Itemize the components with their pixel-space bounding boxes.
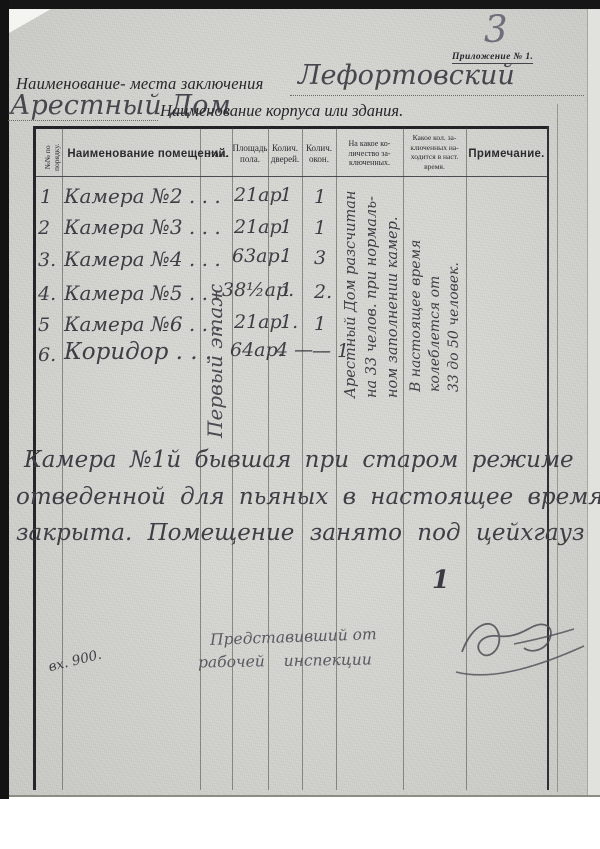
header-num: №№ попорядку. — [43, 144, 61, 171]
page-number: 3 — [484, 8, 508, 51]
heading-printed-suffix: Наименование корпуса или здания. — [160, 101, 403, 121]
room-name: Камера №5 . . . — [64, 281, 221, 305]
windows-value: 2. — [314, 281, 332, 303]
header-windows: Колич.окон. — [302, 143, 336, 165]
paragraph-line: закрыта. Помещение занято под цейхгауз — [16, 520, 585, 546]
table-border-top — [35, 126, 548, 129]
heading-underline-2 — [8, 120, 158, 121]
doors-value: 4 — — [276, 339, 313, 361]
windows-value: 1 — [314, 313, 326, 335]
doors-value: 1. — [280, 311, 298, 333]
row-num: 3. — [38, 249, 56, 271]
row-num: 2 — [38, 217, 50, 239]
submitter-line: рабочей инспекции — [198, 650, 372, 671]
windows-value: 1 — [314, 186, 326, 208]
doors-value: 1 — [280, 184, 292, 206]
room-name: Коридор . . . — [64, 339, 212, 365]
signature-flourish — [452, 604, 592, 690]
table-header-separator — [35, 176, 548, 177]
row-num: 4. — [38, 283, 56, 305]
header-doors: Колич.дверей. — [268, 143, 302, 165]
doors-value: 1 — [280, 216, 292, 238]
scan-border-top — [0, 0, 600, 9]
row-num: 6. — [38, 344, 56, 366]
area-value: 63ар. — [232, 245, 286, 267]
count-mark: 1 — [432, 565, 449, 594]
capacity-note: Арестный Дом разсчитанна 33 челов. при н… — [341, 191, 404, 398]
doors-value: 1 — [280, 279, 292, 301]
scanned-document-page: 3 Приложение № 1. Наименование- места за… — [0, 0, 600, 849]
page-corner-fold — [9, 9, 51, 33]
paragraph-line: Камера №1й бывшая при старом режиме — [24, 447, 574, 473]
current-note: В настоящее времяколеблется от33 до 50 ч… — [407, 240, 464, 392]
floor-note: Первый этаж — [203, 284, 227, 438]
windows-value: 1 — [314, 217, 326, 239]
row-num: 1 — [40, 186, 52, 208]
header-capacity: На какое ко-личество за-ключенных. — [336, 139, 403, 168]
room-name: Камера №4 . . . — [64, 247, 221, 271]
header-remark: Примечание. — [468, 146, 545, 160]
windows-value: 3 — [314, 247, 326, 269]
room-name: Камера №3 . . . — [64, 215, 221, 239]
header-name: Наименование помещений. — [67, 146, 194, 160]
doors-value: 1 — [280, 245, 292, 267]
heading-handwritten-place-1: Лефортовский — [298, 60, 515, 91]
header-floor: Этаж. — [200, 149, 232, 160]
room-name: Камера №2 . . . — [64, 184, 221, 208]
heading-underline-1 — [290, 95, 584, 96]
header-area: Площадьпола. — [232, 143, 268, 165]
header-current: Какое кол. за-ключенных на-ходится в нас… — [403, 133, 466, 171]
row-num: 5 — [38, 314, 50, 336]
paragraph-line: отведенной для пьяных в настоящее время — [16, 484, 600, 510]
room-name: Камера №6 . . . — [64, 312, 221, 336]
